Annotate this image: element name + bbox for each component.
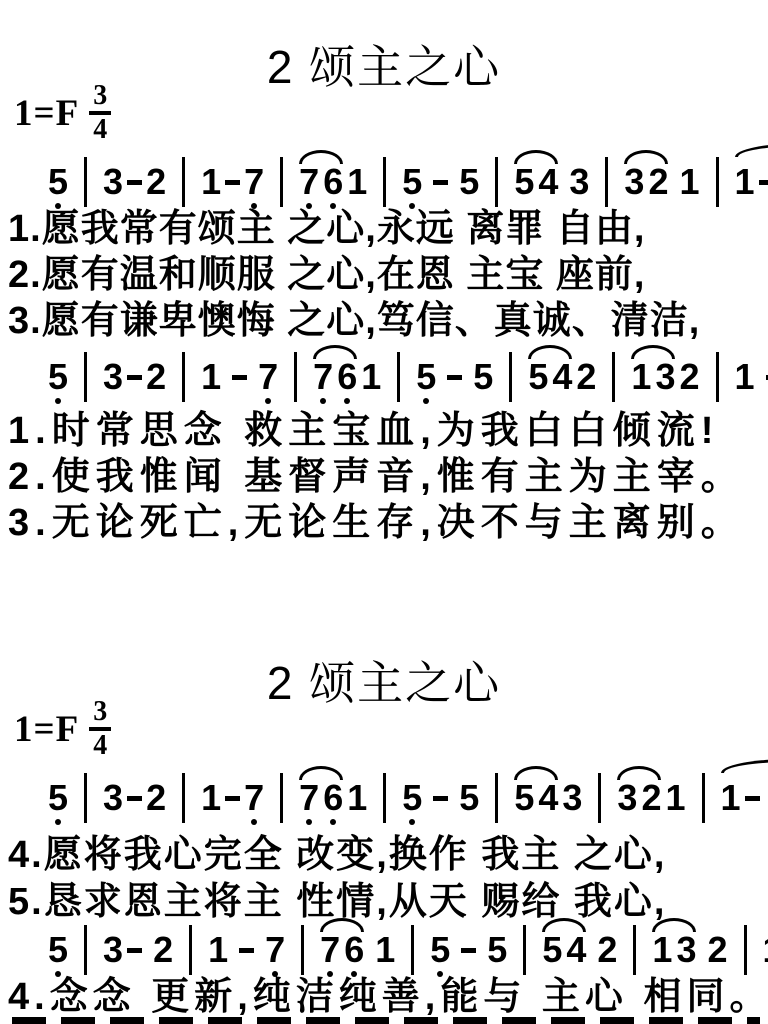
duration-dash: [127, 796, 142, 801]
note: 3: [103, 932, 123, 968]
meter-denominator: 4: [93, 115, 107, 144]
time-signature: 3 4: [89, 698, 111, 760]
lyrics-block-1b: 1.时常思念 救主宝血,为我白白倾流! 2.使我惟闻 基督声音,惟有主为主宰。 …: [8, 408, 768, 546]
key-tonic: 1=F: [14, 95, 79, 132]
note: 2: [707, 932, 727, 968]
note: 5: [473, 359, 493, 395]
hymn-sheet-page: 2 颂主之心 1=F 3 4 532177615554332117 1.愿我常有…: [0, 0, 768, 1024]
note: 3: [103, 780, 123, 816]
barline: [598, 773, 601, 823]
note: 4: [552, 359, 572, 395]
note: 3: [562, 780, 582, 816]
music-line-2: 53217761555421321: [46, 349, 768, 405]
barline: [716, 352, 719, 402]
note: 7: [320, 932, 340, 968]
note: 1: [347, 780, 367, 816]
hymn-title: 2 颂主之心: [0, 658, 768, 709]
note: 5: [459, 780, 479, 816]
note: 1: [208, 932, 228, 968]
lyric-line: 1.时常思念 救主宝血,为我白白倾流!: [8, 408, 768, 454]
note: 3: [676, 932, 696, 968]
barline: [189, 925, 192, 975]
note: 1: [679, 164, 699, 200]
barline: [633, 925, 636, 975]
duration-dash: [447, 375, 462, 380]
note: 1: [721, 780, 741, 816]
note: 7: [265, 932, 285, 968]
lyric-line: 4.愿将我心完全 改变,换作 我主 之心,: [8, 832, 768, 879]
note: 2: [641, 780, 661, 816]
note: 1: [201, 780, 221, 816]
note: 7: [313, 359, 333, 395]
note: 6: [344, 932, 364, 968]
music-line-3: 532177615554332117: [46, 770, 768, 826]
duration-dash: [232, 375, 247, 380]
note: 2: [153, 932, 173, 968]
duration-dash: [127, 948, 142, 953]
note: 7: [258, 359, 278, 395]
lyric-line: 3.无论死亡,无论生存,决不与主离别。: [8, 500, 768, 546]
slur-arc: 54: [540, 932, 588, 968]
note: 3: [569, 164, 589, 200]
slur-arc: 54: [526, 359, 574, 395]
duration-dash: [433, 796, 448, 801]
music-line-1: 532177615554332117: [46, 154, 768, 210]
barline: [612, 352, 615, 402]
duration-dash: [461, 948, 476, 953]
barline: [301, 925, 304, 975]
time-signature: 3 4: [89, 82, 111, 144]
barline: [495, 157, 498, 207]
note: 5: [48, 164, 68, 200]
slur-arc: 76: [311, 359, 359, 395]
note: 6: [323, 780, 343, 816]
slur-arc: 76: [297, 164, 345, 200]
note: 1: [665, 780, 685, 816]
key-signature: 1=F 3 4: [14, 698, 111, 760]
barline: [280, 157, 283, 207]
barline: [523, 925, 526, 975]
music-line-4: 53217761555421321: [46, 922, 768, 978]
slur-arc: 17: [719, 773, 768, 823]
note: 5: [402, 780, 422, 816]
key-signature: 1=F 3 4: [14, 82, 111, 144]
hymn-title: 2 颂主之心: [0, 42, 768, 93]
barline: [605, 157, 608, 207]
slur-arc: 54: [512, 164, 560, 200]
barline: [280, 773, 283, 823]
lyrics-block-2a: 4.愿将我心完全 改变,换作 我主 之心, 5.恳求恩主将主 性情,从天 赐给 …: [8, 832, 768, 926]
note: 5: [430, 932, 450, 968]
slur-arc: 13: [629, 359, 677, 395]
note: 5: [48, 359, 68, 395]
lyrics-block-1a: 1.愿我常有颂主 之心,永远 离罪 自由, 2.愿有温和顺服 之心,在恩 主宝 …: [8, 206, 768, 344]
barline: [702, 773, 705, 823]
note: 1: [735, 164, 755, 200]
note: 2: [146, 164, 166, 200]
barline: [84, 925, 87, 975]
key-tonic: 1=F: [14, 711, 79, 748]
duration-dash: [127, 180, 142, 185]
duration-dash: [433, 180, 448, 185]
note: 5: [402, 164, 422, 200]
slur-arc: 32: [615, 780, 663, 816]
note: 4: [538, 164, 558, 200]
barline: [744, 925, 747, 975]
duration-dash: [127, 375, 142, 380]
note: 6: [337, 359, 357, 395]
meter-numerator: 3: [89, 698, 111, 731]
barline: [182, 773, 185, 823]
meter-numerator: 3: [89, 82, 111, 115]
note: 5: [48, 932, 68, 968]
barline: [84, 773, 87, 823]
duration-dash: [759, 180, 768, 185]
note: 3: [624, 164, 644, 200]
note: 5: [416, 359, 436, 395]
note: 2: [146, 780, 166, 816]
note: 1: [201, 164, 221, 200]
lyric-line: 4.念念 更新,纯洁纯善,能与 主心 相同。: [8, 974, 768, 1020]
barline: [411, 925, 414, 975]
note: 1: [735, 359, 755, 395]
barline: [182, 157, 185, 207]
note: 2: [576, 359, 596, 395]
lyric-line: 5.恳求恩主将主 性情,从天 赐给 我心,: [8, 879, 768, 926]
lyric-line: 3.愿有谦卑懊悔 之心,笃信、真诚、清洁,: [8, 298, 768, 344]
note: 4: [566, 932, 586, 968]
barline: [383, 773, 386, 823]
barline: [495, 773, 498, 823]
barline: [182, 352, 185, 402]
slur-arc: 32: [622, 164, 670, 200]
duration-dash: [239, 948, 254, 953]
note: 3: [617, 780, 637, 816]
barline: [383, 157, 386, 207]
note: 2: [648, 164, 668, 200]
barline: [84, 352, 87, 402]
note: 6: [323, 164, 343, 200]
lyric-line: 1.愿我常有颂主 之心,永远 离罪 自由,: [8, 206, 768, 252]
note: 7: [299, 780, 319, 816]
note: 1: [631, 359, 651, 395]
note: 5: [459, 164, 479, 200]
barline: [716, 157, 719, 207]
note: 4: [538, 780, 558, 816]
note: 1: [201, 359, 221, 395]
slur-arc: 76: [297, 780, 345, 816]
note: 5: [514, 164, 534, 200]
note: 1: [375, 932, 395, 968]
note: 1: [652, 932, 672, 968]
note: 2: [597, 932, 617, 968]
note: 2: [146, 359, 166, 395]
note: 5: [528, 359, 548, 395]
barline: [294, 352, 297, 402]
slur-arc: 17: [733, 157, 768, 207]
note: 5: [48, 780, 68, 816]
duration-dash: [745, 796, 760, 801]
note: 2: [679, 359, 699, 395]
barline: [84, 157, 87, 207]
note: 3: [103, 164, 123, 200]
note: 5: [487, 932, 507, 968]
slur-arc: 76: [318, 932, 366, 968]
barline: [397, 352, 400, 402]
duration-dash: [225, 180, 240, 185]
meter-denominator: 4: [93, 731, 107, 760]
note: 1: [347, 164, 367, 200]
note: 5: [542, 932, 562, 968]
note: 3: [103, 359, 123, 395]
note: 3: [655, 359, 675, 395]
lyrics-block-2b: 4.念念 更新,纯洁纯善,能与 主心 相同。: [8, 974, 768, 1020]
lyric-line: 2.愿有温和顺服 之心,在恩 主宝 座前,: [8, 252, 768, 298]
note: 5: [514, 780, 534, 816]
lyric-line: 2.使我惟闻 基督声音,惟有主为主宰。: [8, 454, 768, 500]
note: 1: [763, 932, 768, 968]
slur-arc: 13: [650, 932, 698, 968]
note: 7: [244, 780, 264, 816]
slur-arc: 54: [512, 780, 560, 816]
note: 7: [299, 164, 319, 200]
barline: [509, 352, 512, 402]
duration-dash: [225, 796, 240, 801]
note: 1: [361, 359, 381, 395]
note: 7: [244, 164, 264, 200]
clipped-next-line: [12, 1017, 760, 1024]
